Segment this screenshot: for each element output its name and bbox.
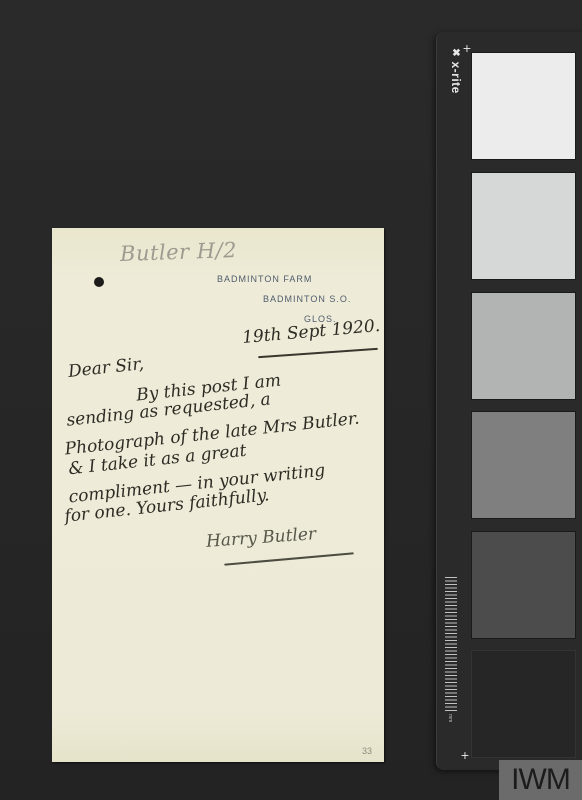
patch-light-gray <box>471 172 576 280</box>
salutation: Dear Sir, <box>67 354 145 382</box>
archive-reference: Butler H/2 <box>120 238 238 266</box>
color-reference-card: ✖x-rite + mm + <box>436 32 582 770</box>
patch-black <box>471 650 576 758</box>
patch-mid-light-gray <box>471 292 576 400</box>
date-underline <box>258 348 378 358</box>
brand-label: x-rite <box>449 62 463 94</box>
mm-scale-ruler <box>445 577 457 712</box>
iwm-watermark: IWM <box>499 760 582 800</box>
patch-white <box>471 52 576 160</box>
page-number: 33 <box>362 746 372 756</box>
crosshair-icon: + <box>459 749 471 761</box>
punch-hole <box>94 277 104 287</box>
letterhead-line-1: BADMINTON FARM <box>217 274 312 284</box>
scale-unit-label: mm <box>447 714 453 722</box>
signature: Harry Butler <box>205 524 316 552</box>
patch-dark-gray <box>471 531 576 639</box>
xrite-logo: ✖x-rite <box>443 48 463 108</box>
patch-mid-gray <box>471 411 576 519</box>
letter-sheet: Butler H/2 BADMINTON FARM BADMINTON S.O.… <box>52 228 384 762</box>
signature-underline <box>224 552 354 565</box>
letterhead-line-2: BADMINTON S.O. <box>263 294 351 304</box>
